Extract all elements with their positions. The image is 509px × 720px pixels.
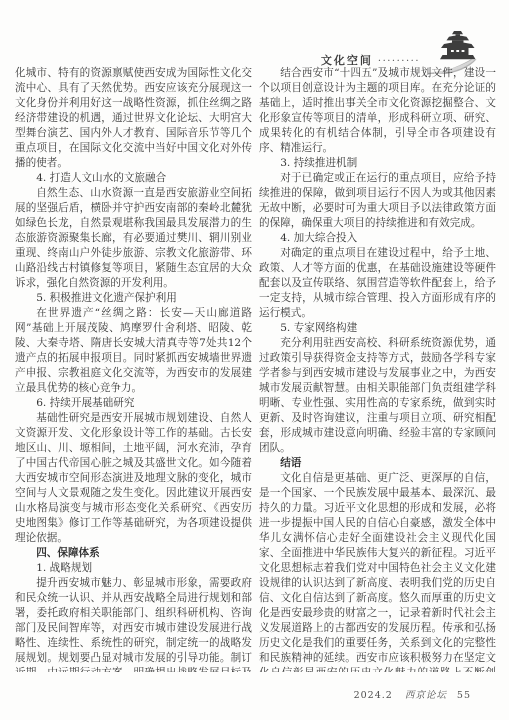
body-paragraph: 在世界遗产“丝绸之路：长安—天山廊道路网”基础上开展茂陵、鸠摩罗什舍利塔、昭陵、…: [15, 306, 252, 396]
numbered-subheading: 6. 持续开展基础研究: [15, 396, 252, 411]
body-paragraph: 提升西安城市魅力、彰显城市形象，需要政府和民众统一认识、并从西安战略全局进行规划…: [15, 576, 252, 672]
numbered-subheading: 1. 战略规划: [15, 561, 252, 576]
numbered-subheading: 3. 持续推进机制: [259, 156, 496, 171]
section-heading: 四、保障体系: [15, 546, 252, 561]
left-column: 化城市、特有的资源禀赋使西安成为国际性文化交流中心、具有了天然优势。西安应该充分…: [15, 66, 252, 672]
body-paragraph: 自然生态、山水资源一直是西安旅游业空间拓展的坚强后盾，横卧并守护西安南部的秦岭北…: [15, 186, 252, 291]
numbered-subheading: 4. 加大综合投入: [259, 231, 496, 246]
page-number: 55: [457, 690, 471, 701]
body-paragraph: 文化自信是更基础、更广泛、更深厚的自信，是一个国家、一个民族发展中最基本、最深沉…: [259, 471, 496, 672]
body-paragraph: 充分利用驻西安高校、科研系统资源优势，通过政策引导获得资金支持等方式，鼓励各学科…: [259, 336, 496, 456]
numbered-subheading: 5. 专家网络构建: [259, 321, 496, 336]
body-paragraph: 对于已确定或正在运行的重点项目，应给予持续推进的保障，做到项目运行不因人为或其他…: [259, 171, 496, 231]
numbered-subheading: 4. 打造人文山水的文旅融合: [15, 171, 252, 186]
body-paragraph: 化城市、特有的资源禀赋使西安成为国际性文化交流中心、具有了天然优势。西安应该充分…: [15, 66, 252, 171]
body-paragraph: 基础性研究是西安开展城市规划建设、自然人文资源开发、文化形象设计等工作的基础。古…: [15, 411, 252, 546]
body-paragraph: 结合西安市“十四五”及城市规划文件，建设一个以项目创意设计为主题的项目库。在充分…: [259, 66, 496, 156]
right-column: 结合西安市“十四五”及城市规划文件，建设一个以项目创意设计为主题的项目库。在充分…: [259, 66, 496, 672]
journal-title: 西京论坛: [405, 690, 447, 701]
numbered-subheading: 5. 积极推进文化遗产保护利用: [15, 291, 252, 306]
text-columns: 化城市、特有的资源禀赋使西安成为国际性文化交流中心、具有了天然优势。西安应该充分…: [15, 66, 496, 672]
issue-number: 2024.2: [354, 690, 393, 701]
section-heading: 结语: [259, 456, 496, 471]
page-footer: 2024.2 西京论坛 55: [354, 687, 471, 701]
body-paragraph: 对确定的重点项目在建设过程中，给予土地、政策、人才等方面的优惠，在基础设施建设等…: [259, 246, 496, 321]
journal-page: 文化空间········· 化城市、特有的资源禀赋使西安成为国际性文化交流中心、…: [0, 0, 509, 720]
